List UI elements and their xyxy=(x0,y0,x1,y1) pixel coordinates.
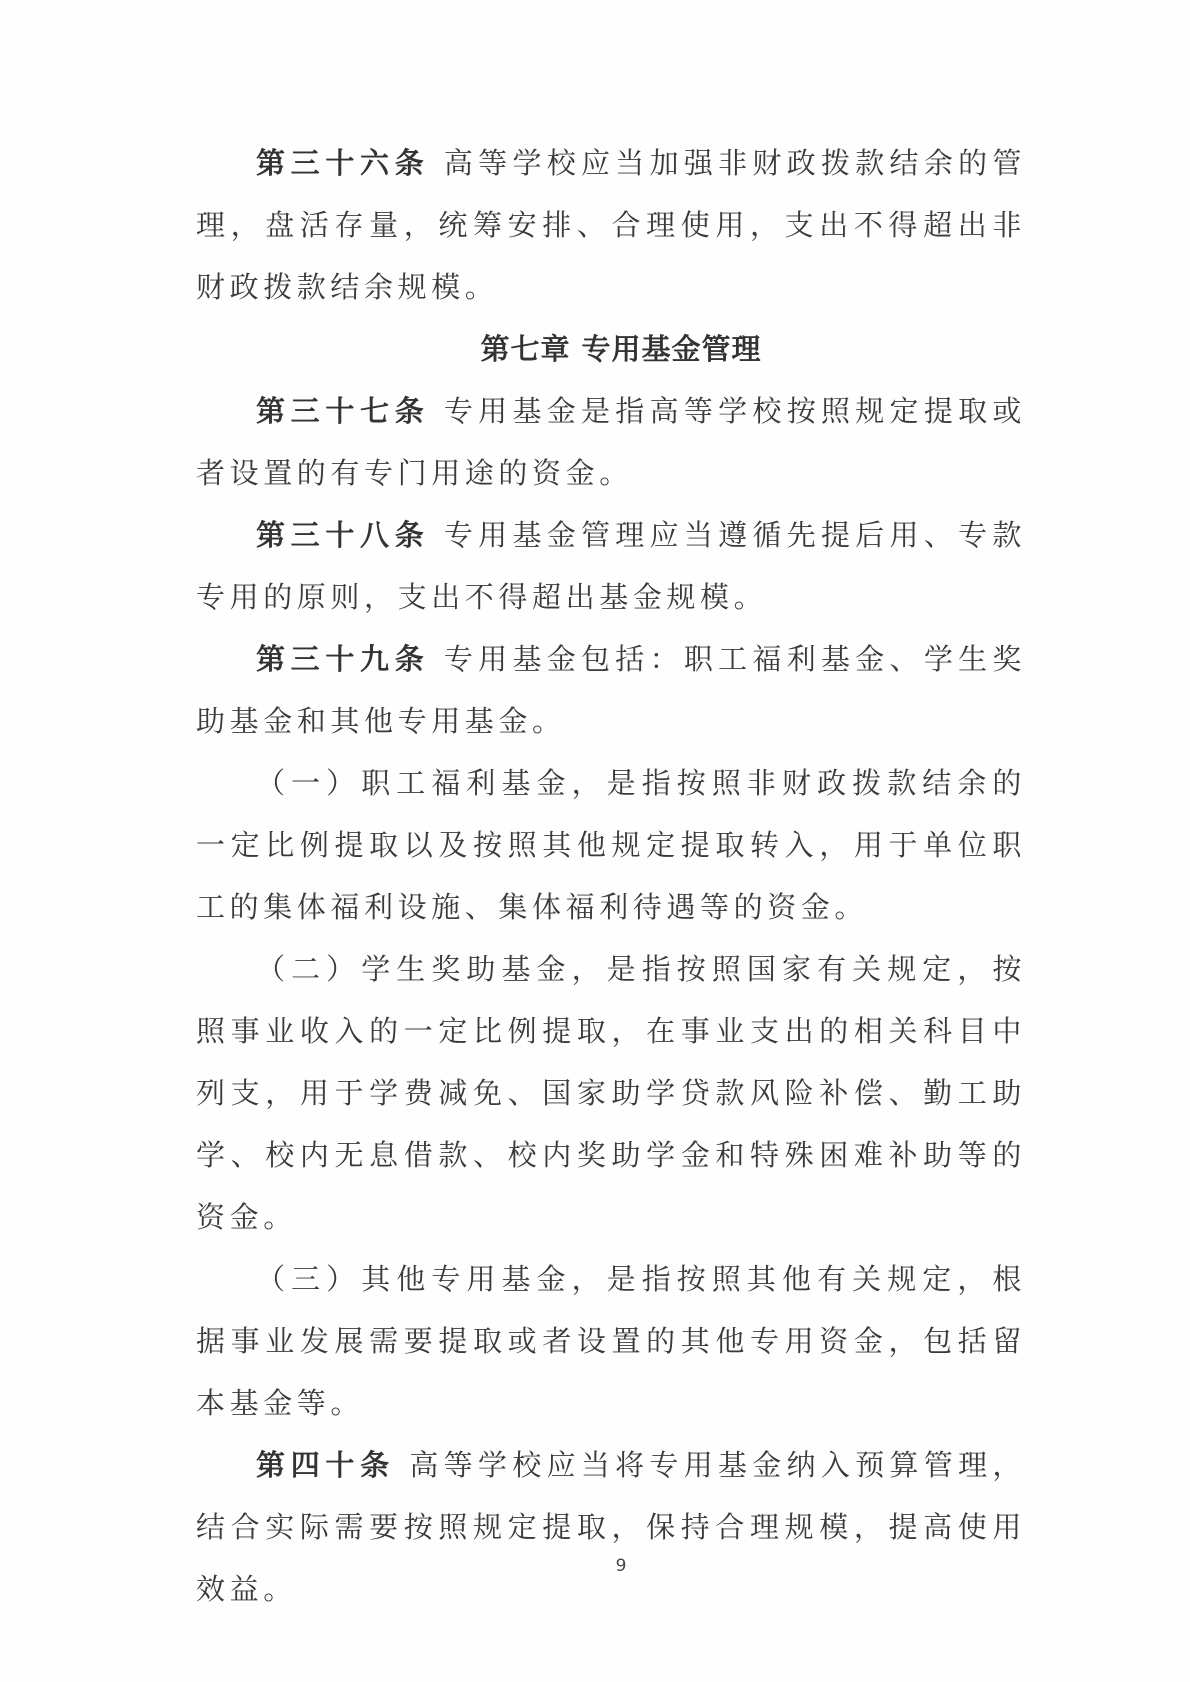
article-heading: 第三十六条 xyxy=(256,146,429,180)
chapter-title: 第七章 专用基金管理 xyxy=(196,318,1026,380)
list-item-3: （三）其他专用基金，是指按照其他有关规定，根据事业发展需要提取或者设置的其他专用… xyxy=(196,1248,1026,1434)
list-item-1: （一）职工福利基金，是指按照非财政拨款结余的一定比例提取以及按照其他规定提取转入… xyxy=(196,752,1026,938)
article-39: 第三十九条 专用基金包括：职工福利基金、学生奖助基金和其他专用基金。 xyxy=(196,628,1026,752)
article-36: 第三十六条 高等学校应当加强非财政拨款结余的管理，盘活存量，统筹安排、合理使用，… xyxy=(196,132,1026,318)
page-number: 9 xyxy=(0,1556,1190,1576)
article-heading: 第三十九条 xyxy=(256,642,429,676)
document-page: 第三十六条 高等学校应当加强非财政拨款结余的管理，盘活存量，统筹安排、合理使用，… xyxy=(0,0,1190,1682)
article-heading: 第三十七条 xyxy=(256,394,429,428)
list-item-2: （二）学生奖助基金，是指按照国家有关规定，按照事业收入的一定比例提取，在事业支出… xyxy=(196,938,1026,1248)
article-40: 第四十条 高等学校应当将专用基金纳入预算管理，结合实际需要按照规定提取，保持合理… xyxy=(196,1434,1026,1620)
article-heading: 第三十八条 xyxy=(256,518,429,552)
article-heading: 第四十条 xyxy=(256,1448,395,1482)
article-37: 第三十七条 专用基金是指高等学校按照规定提取或者设置的有专门用途的资金。 xyxy=(196,380,1026,504)
article-38: 第三十八条 专用基金管理应当遵循先提后用、专款专用的原则，支出不得超出基金规模。 xyxy=(196,504,1026,628)
document-body: 第三十六条 高等学校应当加强非财政拨款结余的管理，盘活存量，统筹安排、合理使用，… xyxy=(196,132,1026,1620)
